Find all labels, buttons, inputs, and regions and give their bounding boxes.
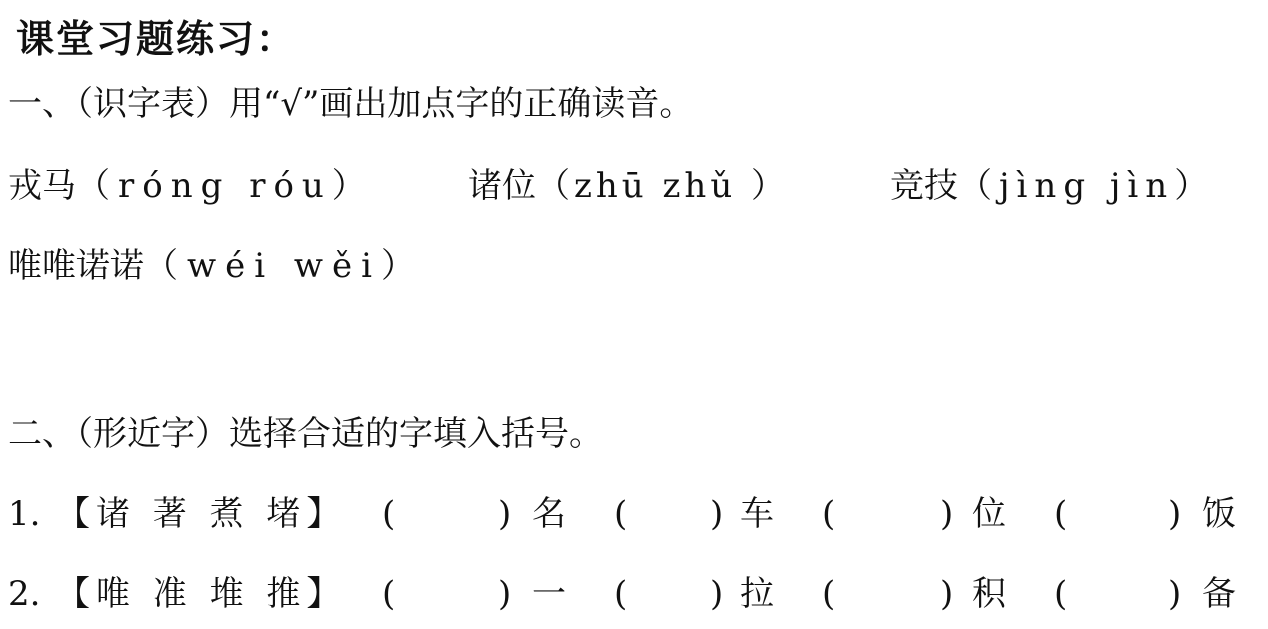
blank-open-paren: (: [822, 494, 835, 534]
answer-blank[interactable]: [850, 574, 940, 614]
blank-suffix: 饭: [1202, 494, 1236, 534]
section1-heading: 一、（识字表）用“√”画出加点字的正确读音。: [8, 84, 693, 124]
blank-close-paren: ): [710, 494, 723, 534]
pinyin-item-1: 戎马（róng róu）: [8, 166, 374, 206]
blank-close-paren: ): [940, 494, 953, 534]
blank-close-paren: ): [940, 574, 953, 614]
blank-open-paren: (: [614, 574, 627, 614]
blank-open-paren: (: [1054, 574, 1067, 614]
blank-close-paren: ): [498, 494, 511, 534]
pinyin-word: 竞技: [890, 166, 958, 206]
page-title: 课堂习题练习：: [16, 8, 296, 63]
answer-blank[interactable]: [412, 574, 492, 614]
pinyin-item-3: 竞技（jìng jìn）: [890, 166, 1215, 206]
pinyin-options[interactable]: （róng róu）: [76, 166, 374, 206]
choice-characters: 【诸 著 煮 堵】: [56, 494, 346, 534]
answer-blank[interactable]: [640, 574, 710, 614]
answer-blank[interactable]: [1080, 494, 1170, 534]
blank-suffix: 一: [532, 574, 566, 614]
blank-suffix: 名: [532, 494, 566, 534]
section2-heading: 二、（形近字）选择合适的字填入括号。: [8, 414, 603, 454]
blank-close-paren: ): [498, 574, 511, 614]
blank-suffix: 位: [972, 494, 1006, 534]
pinyin-options[interactable]: （zhū zhǔ ）: [536, 166, 789, 206]
blank-close-paren: ): [1168, 574, 1181, 614]
pinyin-word: 诸位: [468, 166, 536, 206]
row-number: 2.: [8, 574, 40, 614]
answer-blank[interactable]: [1080, 574, 1170, 614]
blank-suffix: 备: [1202, 574, 1236, 614]
pinyin-item-2: 诸位（zhū zhǔ ）: [468, 166, 789, 206]
choice-characters: 【唯 准 堆 推】: [56, 574, 346, 614]
pinyin-options[interactable]: （jìng jìn）: [958, 166, 1215, 206]
pinyin-options[interactable]: （wéi wěi）: [144, 246, 424, 286]
blank-open-paren: (: [382, 494, 395, 534]
blank-open-paren: (: [614, 494, 627, 534]
blank-close-paren: ): [1168, 494, 1181, 534]
pinyin-word: 唯唯诺诺: [8, 246, 144, 286]
blank-suffix: 积: [972, 574, 1006, 614]
blank-close-paren: ): [710, 574, 723, 614]
pinyin-word: 戎马: [8, 166, 76, 206]
blank-open-paren: (: [1054, 494, 1067, 534]
blank-suffix: 拉: [740, 574, 774, 614]
answer-blank[interactable]: [412, 494, 492, 534]
row-number: 1.: [8, 494, 40, 534]
pinyin-item-4: 唯唯诺诺（wéi wěi）: [8, 246, 424, 286]
answer-blank[interactable]: [640, 494, 710, 534]
blank-suffix: 车: [740, 494, 774, 534]
answer-blank[interactable]: [850, 494, 940, 534]
blank-open-paren: (: [382, 574, 395, 614]
blank-open-paren: (: [822, 574, 835, 614]
